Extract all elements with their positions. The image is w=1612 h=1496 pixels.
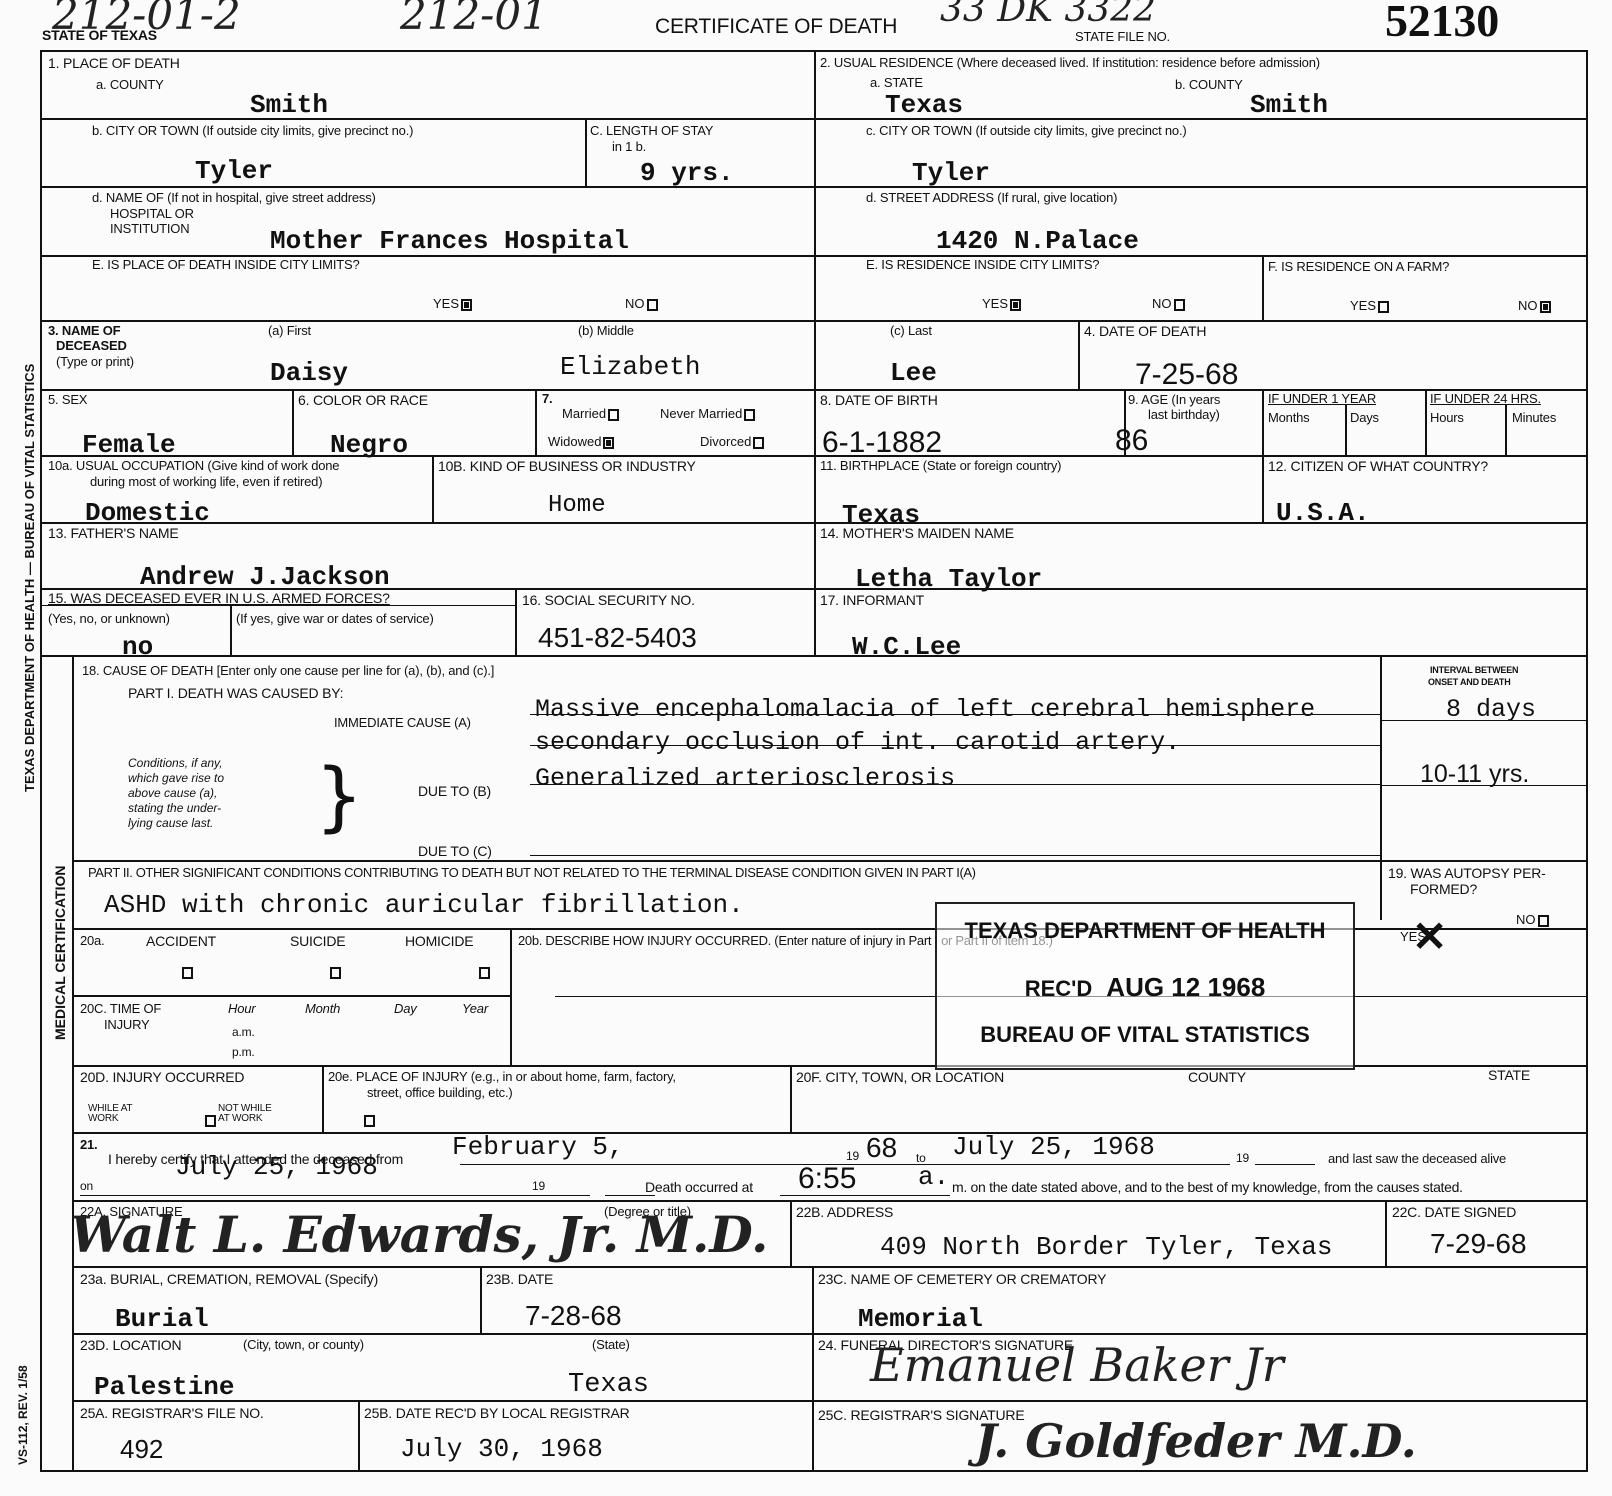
- injury-type-label: 20a.: [80, 934, 105, 947]
- hospital-label-2: HOSPITAL OR: [110, 207, 194, 220]
- due-to-b-interval[interactable]: 10-11 yrs.: [1420, 762, 1529, 787]
- hospital-label: d. NAME OF (If not in hospital, give str…: [92, 191, 376, 204]
- business-value[interactable]: Home: [548, 494, 606, 518]
- am-label: a.m.: [232, 1026, 255, 1038]
- death-county-label: a. COUNTY: [96, 78, 164, 91]
- armed-forces-sublabel-2: (If yes, give war or dates of service): [236, 612, 434, 625]
- handwritten-code-mid: 212-01: [400, 0, 548, 36]
- father-label: 13. FATHER'S NAME: [48, 526, 179, 540]
- place-of-death-label: 1. PLACE OF DEATH: [48, 56, 180, 70]
- date-of-death-value[interactable]: 7-25-68: [1135, 360, 1238, 390]
- death-text-tail: m. on the date stated above, and to the …: [952, 1180, 1463, 1194]
- checkbox-checked[interactable]: [1010, 299, 1021, 311]
- checkbox-unchecked[interactable]: [1174, 299, 1185, 311]
- informant-value[interactable]: W.C.Lee: [852, 634, 961, 660]
- homicide-checkbox[interactable]: [479, 967, 490, 979]
- farm-yes[interactable]: YES: [1350, 298, 1389, 313]
- residence-street-value[interactable]: 1420 N.Palace: [936, 228, 1139, 254]
- checkbox-checked[interactable]: [461, 299, 472, 311]
- interval-label-2: ONSET AND DEATH: [1428, 678, 1511, 687]
- attended-to-date[interactable]: July 25, 1968: [952, 1134, 1155, 1160]
- state-file-number: 52130: [1385, 0, 1499, 44]
- mother-label: 14. MOTHER'S MAIDEN NAME: [820, 526, 1014, 540]
- marital-label: 7.: [542, 392, 552, 405]
- race-label: 6. COLOR OR RACE: [298, 393, 428, 407]
- first-name-value[interactable]: Daisy: [270, 360, 348, 386]
- armed-forces-label: 15. WAS DECEASED EVER IN U.S. ARMED FORC…: [48, 591, 390, 605]
- part2-value[interactable]: ASHD with chronic auricular fibrillation…: [104, 892, 744, 918]
- date-signed-value[interactable]: 7-29-68: [1430, 1230, 1527, 1258]
- date-signed-label: 22c. DATE SIGNED: [1392, 1205, 1516, 1219]
- name-label-2: DECEASED: [56, 339, 127, 352]
- not-while-at-work-checkbox[interactable]: [364, 1115, 375, 1127]
- hour-label: Hour: [228, 1002, 255, 1015]
- death-city-value[interactable]: Tyler: [195, 158, 273, 184]
- suicide-label: SUICIDE: [290, 934, 345, 948]
- due-to-b-value[interactable]: Generalized arteriosclerosis: [535, 766, 955, 791]
- immediate-interval[interactable]: 8 days: [1446, 697, 1536, 722]
- state-file-label: STATE FILE NO.: [1075, 30, 1170, 43]
- item-21-label: 21.: [80, 1138, 97, 1151]
- year-label: Year: [462, 1002, 488, 1015]
- homicide-label: HOMICIDE: [405, 934, 473, 948]
- checkbox-unchecked[interactable]: [1378, 301, 1389, 313]
- sex-label: 5. SEX: [48, 393, 87, 406]
- dob-label: 8. DATE OF BIRTH: [820, 393, 938, 407]
- occupation-value[interactable]: Domestic: [85, 500, 210, 526]
- location-label: 23d. LOCATION: [80, 1338, 181, 1352]
- burial-date-value[interactable]: 7-28-68: [525, 1302, 622, 1330]
- injury-occurred-label: 20d. INJURY OCCURRED: [80, 1070, 244, 1084]
- age-label-2: last birthday): [1148, 408, 1220, 421]
- marital-divorced[interactable]: Divorced: [700, 434, 764, 449]
- months-label: Months: [1268, 411, 1309, 424]
- from-year-prefix: 19: [846, 1150, 859, 1162]
- day-label: Day: [394, 1002, 417, 1015]
- residence-inside-city-no[interactable]: NO: [1152, 296, 1185, 311]
- received-stamp: TEXAS DEPARTMENT OF HEALTH REC'DAUG 12 1…: [935, 902, 1355, 1070]
- first-name-label: (a) First: [268, 324, 311, 337]
- checkbox-unchecked[interactable]: [647, 299, 658, 311]
- mother-value[interactable]: Letha Taylor: [855, 566, 1042, 592]
- death-county-value[interactable]: Smith: [250, 92, 328, 118]
- due-to-c-label: DUE TO (c): [418, 844, 492, 858]
- on-label: on: [80, 1180, 93, 1192]
- state-of-texas: STATE OF TEXAS: [42, 28, 157, 42]
- checkbox-checked[interactable]: [603, 437, 614, 449]
- location-state-label: (State): [592, 1338, 630, 1351]
- side-label-medical: MEDICAL CERTIFICATION: [52, 866, 68, 1040]
- age-value[interactable]: 86: [1115, 426, 1148, 456]
- location-state-value[interactable]: Texas: [568, 1372, 649, 1399]
- residence-label: 2. USUAL RESIDENCE (Where deceased lived…: [820, 56, 1320, 69]
- conditions-note: Conditions, if any, which gave rise to a…: [128, 756, 224, 831]
- hours-label: Hours: [1430, 411, 1464, 424]
- occupation-label: 10a. USUAL OCCUPATION (Give kind of work…: [48, 459, 339, 472]
- birthplace-label: 11. BIRTHPLACE (State or foreign country…: [820, 459, 1061, 472]
- race-value[interactable]: Negro: [330, 432, 408, 458]
- last-name-value[interactable]: Lee: [890, 360, 937, 386]
- death-occurred-label: Death occurred at: [645, 1180, 753, 1194]
- residence-inside-city-yes[interactable]: YES: [982, 296, 1021, 311]
- armed-forces-value[interactable]: no: [122, 634, 153, 660]
- death-inside-city-no[interactable]: NO: [625, 296, 658, 311]
- length-of-stay-label: c. LENGTH OF STAY: [590, 124, 713, 137]
- residence-farm-label: f. IS RESIDENCE ON A FARM?: [1268, 260, 1449, 273]
- residence-inside-city-label: e. IS RESIDENCE INSIDE CITY LIMITS?: [866, 258, 1099, 271]
- while-at-work-label: WHILE AT WORK: [88, 1104, 146, 1124]
- hospital-value[interactable]: Mother Frances Hospital: [270, 228, 629, 254]
- immediate-cause-label: IMMEDIATE CAUSE (a): [334, 716, 471, 729]
- autopsy-label: 19. WAS AUTOPSY PER-: [1388, 866, 1546, 880]
- x-mark-icon: ✕: [1412, 913, 1447, 960]
- informant-label: 17. INFORMANT: [820, 593, 924, 607]
- ssn-value[interactable]: 451-82-5403: [538, 624, 697, 652]
- last-seen-text: and last saw the deceased alive: [1328, 1152, 1506, 1165]
- place-of-injury-label-2: street, office building, etc.): [367, 1086, 513, 1099]
- side-label-dept: TEXAS DEPARTMENT OF HEALTH — BUREAU OF V…: [22, 364, 37, 792]
- not-while-at-work-label: NOT WHILE AT WORK: [218, 1104, 284, 1124]
- death-inside-city-label: e. IS PLACE OF DEATH INSIDE CITY LIMITS?: [92, 258, 359, 271]
- autopsy-label-2: FORMED?: [1410, 882, 1477, 896]
- checkbox-unchecked[interactable]: [1538, 915, 1549, 927]
- citizen-label: 12. CITIZEN OF WHAT COUNTRY?: [1268, 459, 1488, 473]
- immediate-cause-line-1[interactable]: Massive encephalomalacia of left cerebra…: [535, 697, 1315, 722]
- burial-label: 23a. BURIAL, CREMATION, REMOVAL (Specify…: [80, 1272, 378, 1286]
- checkbox-unchecked[interactable]: [753, 437, 764, 449]
- marital-never-married[interactable]: Never Married: [660, 406, 755, 421]
- month-label: Month: [305, 1002, 340, 1015]
- checkbox-checked[interactable]: [1540, 301, 1551, 313]
- dob-value[interactable]: 6-1-1882: [822, 428, 942, 458]
- length-of-stay-sublabel: in 1 b.: [612, 140, 646, 153]
- stamp-line-3: BUREAU OF VITAL STATISTICS: [937, 1022, 1353, 1048]
- burial-value[interactable]: Burial: [115, 1306, 209, 1332]
- residence-state-label: a. STATE: [870, 76, 923, 89]
- physician-signature: Walt L. Edwards, Jr. M.D.: [70, 1210, 768, 1260]
- minutes-label: Minutes: [1512, 411, 1556, 424]
- days-label: Days: [1350, 411, 1379, 424]
- name-label: 3. NAME OF: [48, 324, 120, 337]
- business-label: 10b. KIND OF BUSINESS OR INDUSTRY: [438, 459, 696, 473]
- marital-married[interactable]: Married: [562, 406, 619, 421]
- ssn-label: 16. SOCIAL SECURITY NO.: [522, 593, 695, 607]
- death-time[interactable]: 6:55: [798, 1164, 856, 1194]
- registrar-file-label: 25a. REGISTRAR'S FILE NO.: [80, 1406, 264, 1420]
- registrar-file-value[interactable]: 492: [120, 1436, 163, 1462]
- address-label: 22b. ADDRESS: [796, 1205, 893, 1219]
- middle-name-label: (b) Middle: [578, 324, 634, 337]
- last-name-label: (c) Last: [890, 324, 932, 337]
- checkbox-unchecked[interactable]: [608, 409, 619, 421]
- armed-forces-sublabel-1: (Yes, no, or unknown): [48, 612, 170, 625]
- residence-city-label: c. CITY OR TOWN (If outside city limits,…: [866, 124, 1187, 137]
- residence-street-label: d. STREET ADDRESS (If rural, give locati…: [866, 191, 1117, 204]
- residence-county-label: b. COUNTY: [1175, 78, 1243, 91]
- last-seen-date[interactable]: July 25, 1968: [175, 1154, 378, 1180]
- attended-from-year[interactable]: 68: [866, 1134, 897, 1162]
- part1-label: PART I. DEATH WAS CAUSED BY:: [128, 686, 343, 700]
- middle-name-value[interactable]: Elizabeth: [560, 354, 700, 380]
- address-value[interactable]: 409 North Border Tyler, Texas: [880, 1234, 1332, 1260]
- interval-label: INTERVAL BETWEEN: [1430, 666, 1518, 675]
- cemetery-value[interactable]: Memorial: [858, 1306, 983, 1332]
- place-of-injury-label: 20e. PLACE OF INJURY (e.g., in or about …: [328, 1070, 676, 1083]
- suicide-checkbox[interactable]: [330, 967, 341, 979]
- hospital-label-3: INSTITUTION: [110, 222, 189, 235]
- accident-checkbox[interactable]: [182, 967, 193, 979]
- location-city-label: (City, town, or county): [243, 1338, 364, 1351]
- certificate-title: CERTIFICATE OF DEATH: [655, 16, 897, 37]
- side-label-form-no: VS-112, REV. 1/58: [16, 1365, 30, 1465]
- to-year-prefix: 19: [1236, 1152, 1249, 1164]
- while-at-work-checkbox[interactable]: [205, 1115, 216, 1127]
- farm-no[interactable]: NO: [1518, 298, 1551, 313]
- location-city-value[interactable]: Palestine: [94, 1374, 234, 1400]
- registrar-signature: J. Goldfeder M.D.: [975, 1418, 1417, 1464]
- cause-label: 18. CAUSE OF DEATH [Enter only one cause…: [82, 664, 494, 677]
- immediate-cause-line-2[interactable]: secondary occlusion of int. carotid arte…: [535, 730, 1180, 755]
- stamp-line-2: REC'DAUG 12 1968: [937, 972, 1353, 1003]
- autopsy-yes[interactable]: YES✕: [1400, 902, 1461, 951]
- length-of-stay-value[interactable]: 9 yrs.: [640, 160, 734, 186]
- marital-widowed[interactable]: Widowed: [548, 434, 614, 449]
- pm-label: p.m.: [232, 1046, 255, 1058]
- citizen-value[interactable]: U.S.A.: [1276, 500, 1370, 526]
- sex-value[interactable]: Female: [82, 432, 176, 458]
- under-year-label: IF UNDER 1 YEAR: [1268, 392, 1376, 405]
- residence-county-value[interactable]: Smith: [1250, 92, 1328, 118]
- brace-icon: }: [315, 758, 363, 834]
- time-of-injury-label-2: INJURY: [104, 1018, 150, 1031]
- attended-from-date[interactable]: February 5,: [452, 1134, 624, 1160]
- stamp-line-1: TEXAS DEPARTMENT OF HEALTH: [937, 918, 1353, 944]
- death-inside-city-yes[interactable]: YES: [433, 296, 472, 311]
- checkbox-unchecked[interactable]: [744, 409, 755, 421]
- cemetery-label: 23c. NAME OF CEMETERY OR CREMATORY: [818, 1272, 1106, 1286]
- handwritten-code-right: 33 DK 3322: [940, 0, 1156, 28]
- due-to-b-label: DUE TO (b): [418, 784, 491, 798]
- time-of-injury-label: 20c. TIME OF: [80, 1002, 161, 1015]
- under-day-label: IF UNDER 24 HRS.: [1430, 392, 1541, 405]
- accident-label: ACCIDENT: [146, 934, 216, 948]
- name-label-3: (Type or print): [56, 355, 134, 368]
- injury-state-label: STATE: [1488, 1068, 1530, 1082]
- autopsy-no[interactable]: NO: [1516, 912, 1549, 927]
- injury-county-label: COUNTY: [1188, 1070, 1246, 1084]
- on-year-prefix: 19: [532, 1180, 545, 1192]
- part2-label: PART II. OTHER SIGNIFICANT CONDITIONS CO…: [88, 866, 976, 879]
- date-received-value[interactable]: July 30, 1968: [400, 1436, 603, 1462]
- death-city-label: b. CITY OR TOWN (If outside city limits,…: [92, 124, 413, 137]
- age-label: 9. AGE (In years: [1128, 393, 1220, 406]
- residence-city-value[interactable]: Tyler: [912, 160, 990, 186]
- date-received-label: 25b. DATE REC'D BY LOCAL REGISTRAR: [364, 1406, 630, 1420]
- residence-state-value[interactable]: Texas: [885, 92, 963, 118]
- funeral-director-signature: Emanuel Baker Jr: [870, 1342, 1284, 1388]
- occupation-label-2: during most of working life, even if ret…: [90, 475, 322, 488]
- death-ampm[interactable]: a.: [918, 1164, 949, 1190]
- father-value[interactable]: Andrew J.Jackson: [140, 564, 390, 590]
- injury-city-label: 20f. CITY, TOWN, OR LOCATION: [796, 1070, 1004, 1084]
- burial-date-label: 23b. DATE: [486, 1272, 553, 1286]
- date-of-death-label: 4. DATE OF DEATH: [1084, 324, 1206, 338]
